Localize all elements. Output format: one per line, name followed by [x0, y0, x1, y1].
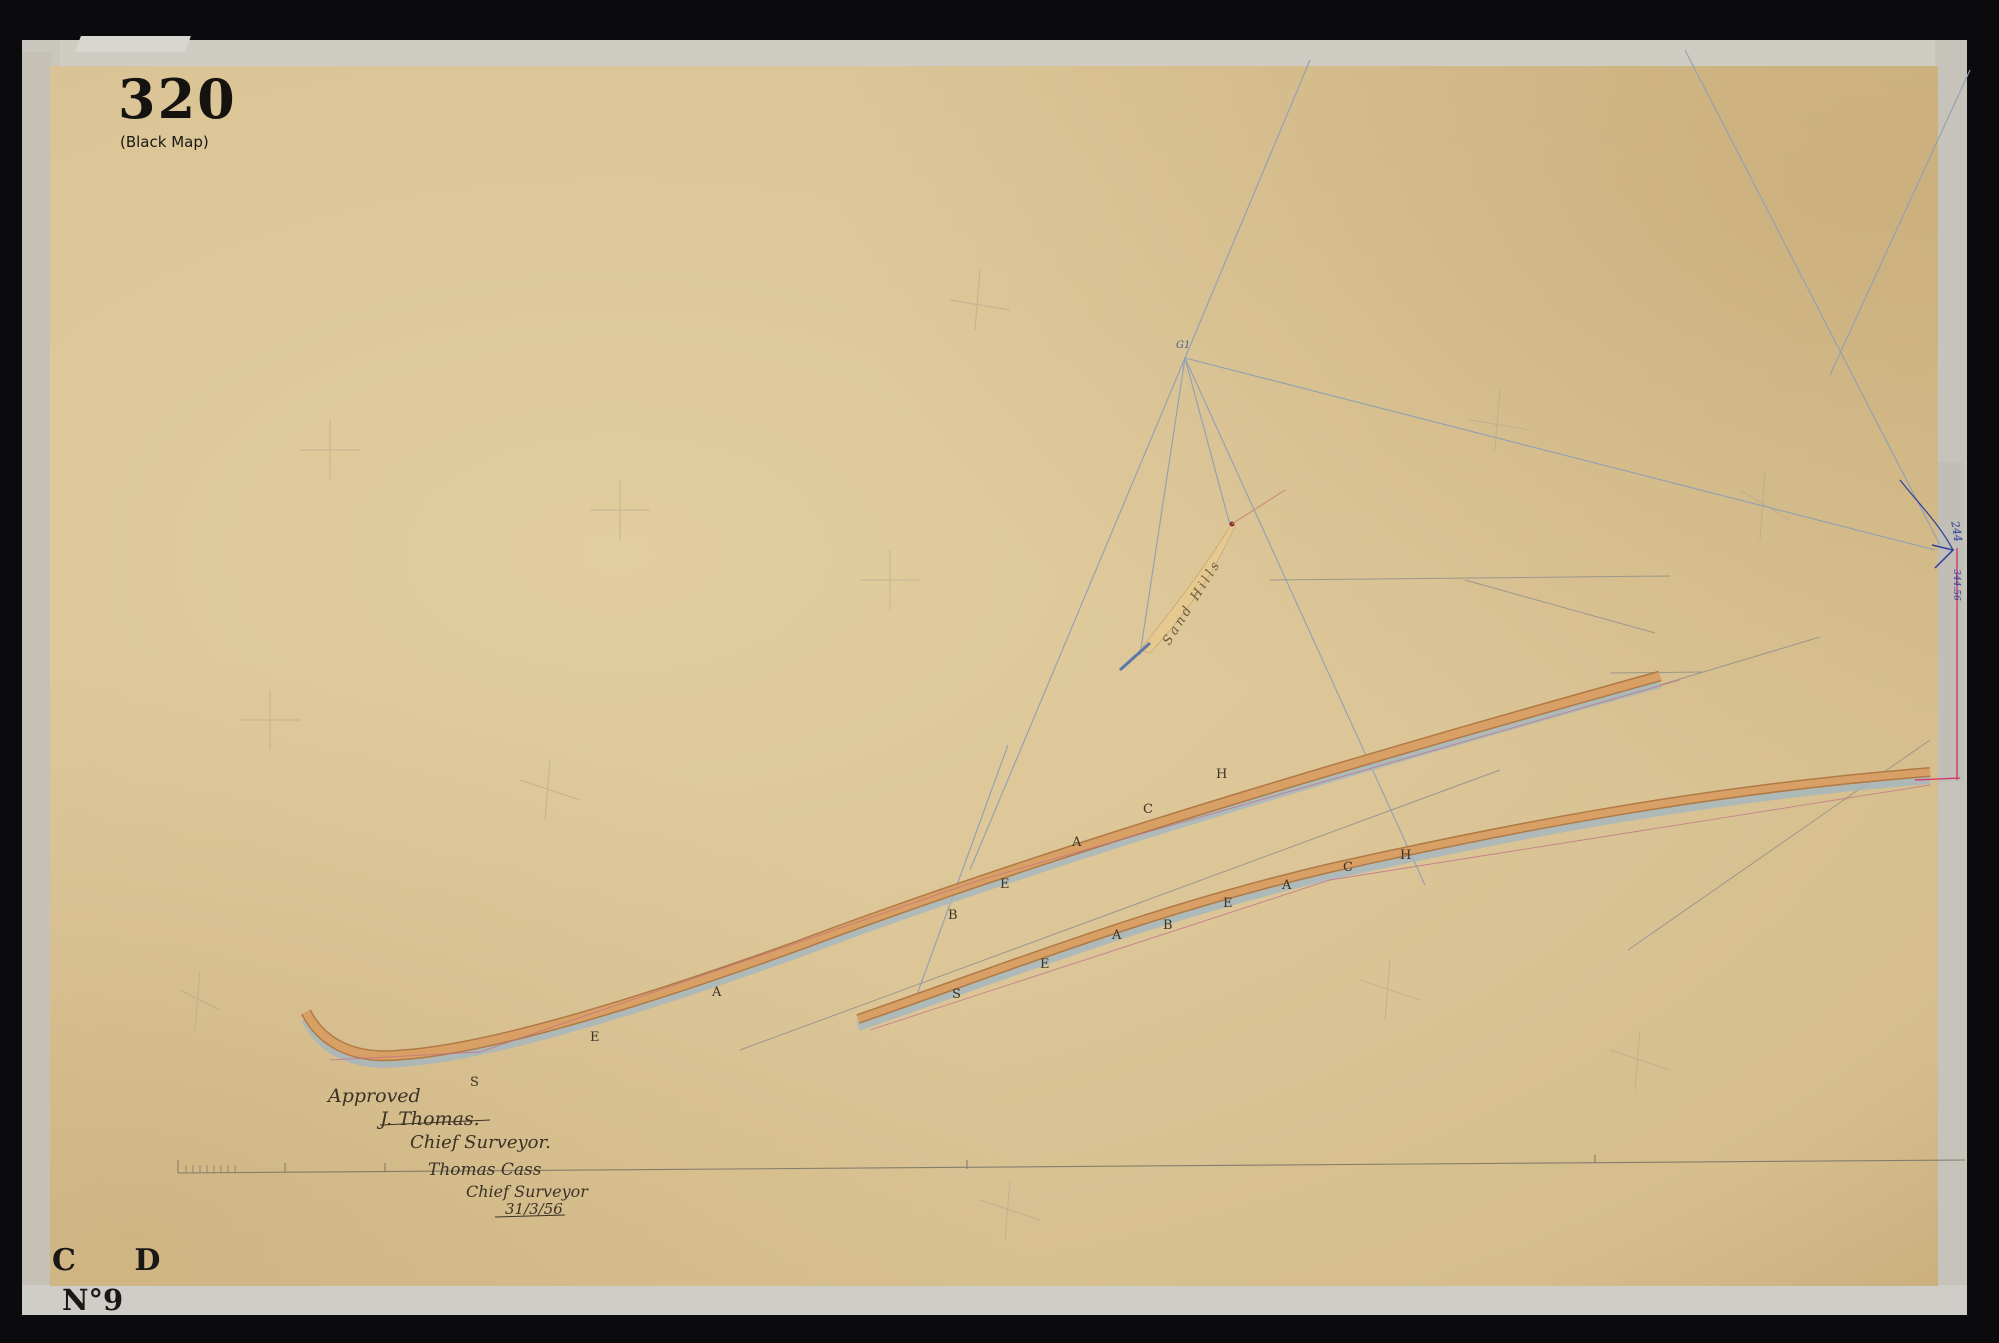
road-strip-upper	[306, 676, 1660, 1056]
beach-letter: E	[590, 1030, 600, 1045]
series-letters: C D	[52, 1243, 184, 1278]
scale-bar-subticks	[186, 1165, 235, 1173]
right-margin-value: 344.56	[1951, 569, 1961, 601]
beach-letter: E	[1040, 957, 1050, 972]
series-number: N°9	[62, 1283, 123, 1317]
sand-hills-shape	[1140, 523, 1235, 653]
beach-letter: A	[1112, 928, 1121, 943]
beach-letter: E	[1223, 896, 1233, 911]
beach-letter: H	[1216, 767, 1227, 782]
beach-letter: A	[712, 985, 721, 1000]
beach-letter: S	[952, 987, 961, 1002]
sheet-subtitle: (Black Map)	[120, 133, 209, 151]
beach-letter: H	[1400, 848, 1411, 863]
beach-letter: A	[1072, 835, 1081, 850]
beach-letter: A	[1282, 878, 1291, 893]
beach-letter: C	[1143, 802, 1153, 817]
station-g1-label: G1	[1176, 340, 1190, 351]
grid-crosses	[180, 270, 1790, 1240]
signature-date: 31/3/56	[505, 1200, 563, 1218]
approved-label: Approved	[328, 1085, 421, 1107]
survey-drawing	[0, 0, 1999, 1343]
signature-title-2: Chief Surveyor	[466, 1182, 588, 1201]
beach-letter: S	[470, 1075, 479, 1090]
beach-letter: C	[1343, 860, 1353, 875]
beach-letter: E	[1000, 877, 1010, 892]
shore-band-upper	[306, 683, 1660, 1063]
station-244-mark	[1932, 545, 1953, 568]
signature-name-2: Thomas Cass	[428, 1160, 542, 1180]
beach-letter: B	[1163, 918, 1173, 933]
sheet-number: 320	[118, 72, 237, 126]
beach-letter: B	[948, 908, 958, 923]
signature-name-1: J. Thomas.	[380, 1108, 480, 1130]
signature-title-1: Chief Surveyor.	[410, 1132, 551, 1153]
